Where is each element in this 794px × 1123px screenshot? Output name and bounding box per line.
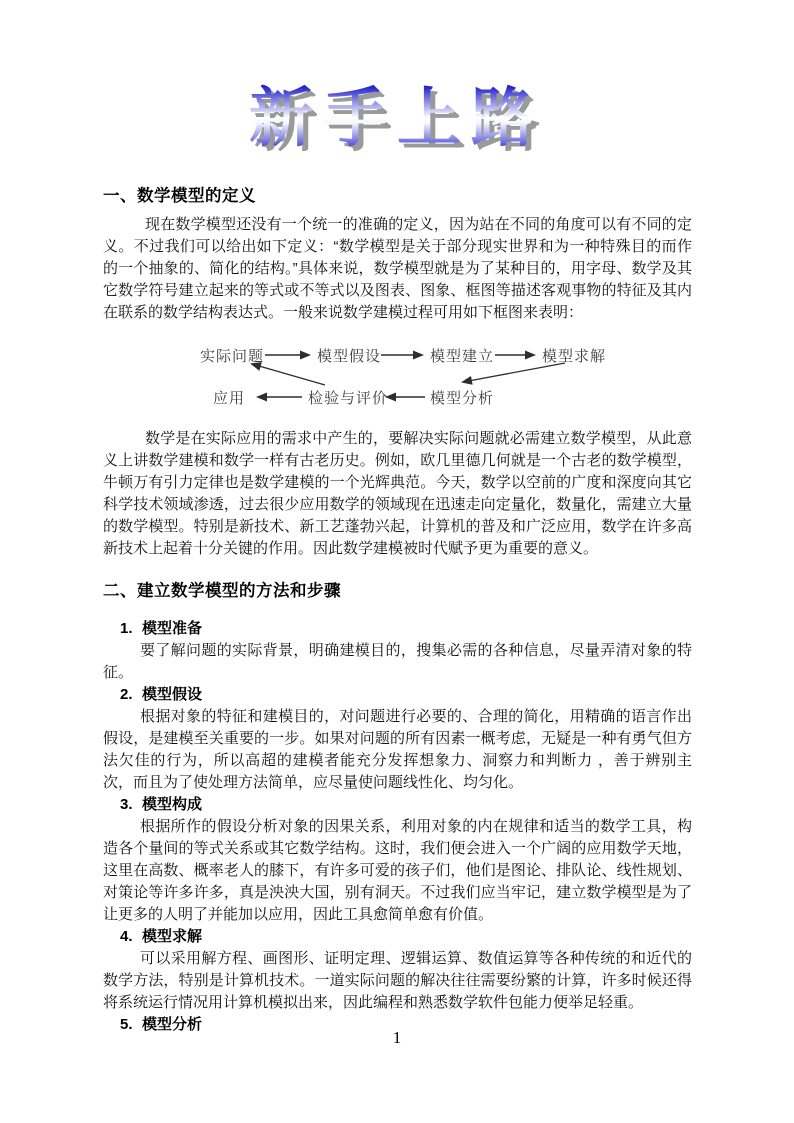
list-item-title: 模型准备 [142,620,202,637]
page-number: 1 [0,1028,794,1048]
wordart-title-wrap: 新手上路 [0,84,794,154]
flow-node-actual-problem: 实际问题 [200,345,264,366]
list-item-title: 模型求解 [142,928,202,945]
document-page: 新手上路 一、数学模型的定义 现在数学模型还没有一个统一的准确的定义，因为站在不… [0,0,794,1123]
flow-node-model-assumption: 模型假设 [317,345,381,366]
wordart-title: 新手上路 [249,84,545,154]
list-item-text: 根据对象的特征和建模目的，对问题进行必要的、合理的简化，用精确的语言作出假设，是… [103,706,692,794]
list-item: 4.模型求解 可以采用解方程、画图形、证明定理、逻辑运算、数值运算等各种传统的和… [103,926,692,1014]
list-item-title: 模型构成 [142,796,202,813]
steps-list: 1.模型准备 要了解问题的实际背景，明确建模目的，搜集必需的各种信息，尽量弄清对… [103,618,692,1036]
arrow-verify-to-problem [252,364,325,385]
flow-node-model-solving: 模型求解 [542,345,606,366]
list-item: 1.模型准备 要了解问题的实际背景，明确建模目的，搜集必需的各种信息，尽量弄清对… [103,618,692,684]
section-1-paragraph-2: 数学是在实际应用的需求中产生的，要解决实际问题就必需建立数学模型，从此意义上讲数… [103,428,692,560]
flow-node-test-evaluation: 检验与评价 [308,387,388,408]
modeling-process-flowchart: 实际问题 模型假设 模型建立 模型求解 应用 检验与评价 模型分析 [195,337,700,422]
list-item-number: 4. [120,926,142,948]
list-item: 3.模型构成 根据所作的假设分析对象的因果关系，利用对象的内在规律和适当的数学工… [103,794,692,926]
list-item-head: 4.模型求解 [103,926,692,948]
list-item-head: 3.模型构成 [103,794,692,816]
list-item-text: 要了解问题的实际背景，明确建模目的，搜集必需的各种信息，尽量弄清对象的特征。 [103,640,692,684]
list-item-number: 2. [120,684,142,706]
section-1-paragraph-1: 现在数学模型还没有一个统一的准确的定义，因为站在不同的角度可以有不同的定义。不过… [103,214,692,324]
list-item-text: 根据所作的假设分析对象的因果关系，利用对象的内在规律和适当的数学工具，构造各个量… [103,816,692,926]
section-2-heading: 二、建立数学模型的方法和步骤 [103,577,341,601]
list-item-number: 1. [120,618,142,640]
flow-node-model-building: 模型建立 [430,345,494,366]
list-item-head: 2.模型假设 [103,684,692,706]
flow-node-application: 应用 [213,387,245,408]
list-item-head: 1.模型准备 [103,618,692,640]
list-item-text: 可以采用解方程、画图形、证明定理、逻辑运算、数值运算等各种传统的和近代的数学方法… [103,948,692,1014]
list-item: 2.模型假设 根据对象的特征和建模目的，对问题进行必要的、合理的简化，用精确的语… [103,684,692,794]
section-1-heading: 一、数学模型的定义 [103,182,256,206]
flow-node-model-analysis: 模型分析 [430,387,494,408]
list-item-number: 3. [120,794,142,816]
list-item-title: 模型假设 [142,686,202,703]
